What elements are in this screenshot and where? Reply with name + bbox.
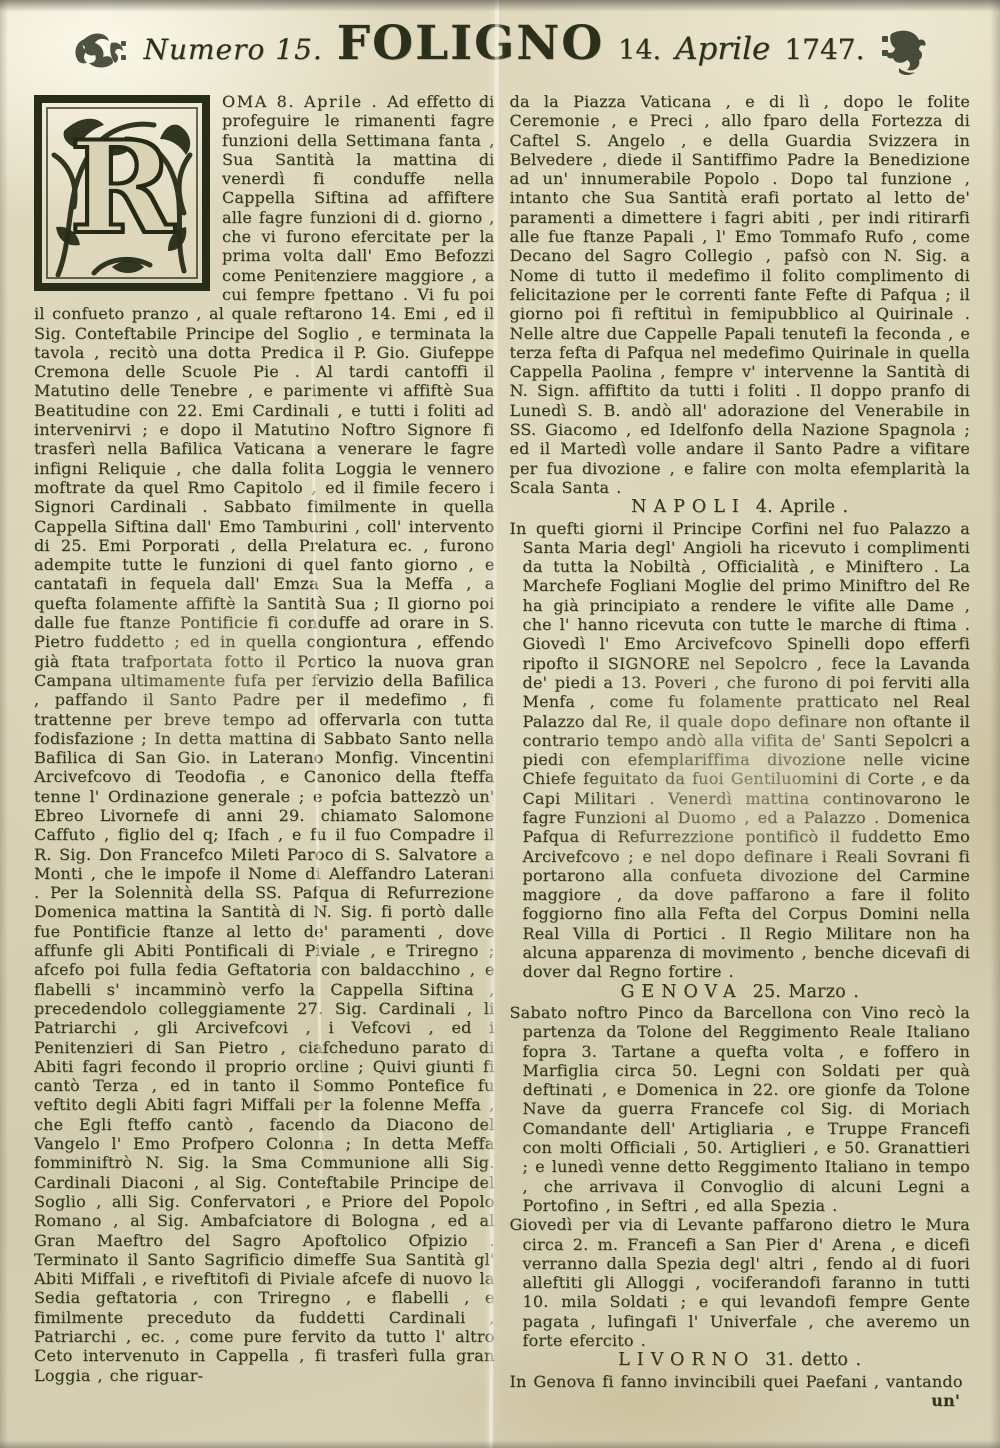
dateline-date: 25. Marzo . <box>753 982 859 1002</box>
photo-edge <box>0 1440 1000 1448</box>
masthead-year: 1747. <box>784 33 864 66</box>
photo-edge <box>990 0 1000 1448</box>
dateline-date: 31. detto . <box>765 1350 861 1370</box>
dateline-heading: GENOVA25. Marzo . <box>510 983 971 1002</box>
article-lead: OMA 8. Aprile . <box>222 92 387 111</box>
photo-edge <box>0 0 8 1448</box>
paragraph: da la Piazza Vaticana , e di lì , dopo l… <box>510 92 971 497</box>
masthead-month: Aprile <box>675 31 770 67</box>
paragraph: In quefti giorni il Principe Corfini nel… <box>510 519 971 982</box>
issue-number: Numero 15. <box>143 33 322 66</box>
newspaper-page: Numero 15. FOLIGNO 14. Aprile 1747. <box>0 0 1000 1448</box>
dateline-city: LIVORNO <box>618 1350 755 1370</box>
photo-edge <box>0 0 1000 12</box>
catchword: un' <box>510 1391 971 1410</box>
text-column: da la Piazza Vaticana , e di lì , dopo l… <box>510 92 971 1428</box>
paragraph: Giovedì per via di Levante paffarono die… <box>510 1215 971 1350</box>
page-body: ROMA 8. Aprile . Ad effetto di profeguir… <box>34 92 970 1428</box>
fleuron-ornament-icon <box>879 28 929 76</box>
fleuron-ornament-icon <box>71 29 129 75</box>
article-opening: ROMA 8. Aprile . Ad effetto di profeguir… <box>34 92 495 1385</box>
dateline-date: 4. Aprile . <box>756 497 849 517</box>
drop-cap-initial: R <box>34 95 210 291</box>
dateline-city: GENOVA <box>620 982 742 1002</box>
dateline-heading: LIVORNO31. detto . <box>510 1351 971 1370</box>
paragraph: In Genova fi fanno invincibili quei Paef… <box>510 1372 971 1391</box>
masthead-day: 14. <box>618 35 661 66</box>
paragraph: Sabato noftro Pinco da Barcellona con Vi… <box>510 1003 971 1215</box>
masthead-city: FOLIGNO <box>337 16 604 71</box>
masthead: Numero 15. FOLIGNO 14. Aprile 1747. <box>0 16 1000 88</box>
text-column: ROMA 8. Aprile . Ad effetto di profeguir… <box>34 92 495 1428</box>
drop-cap-letter: R <box>70 125 175 251</box>
dateline-heading: NAPOLI4. Aprile . <box>510 498 971 517</box>
dateline-city: NAPOLI <box>631 497 746 517</box>
